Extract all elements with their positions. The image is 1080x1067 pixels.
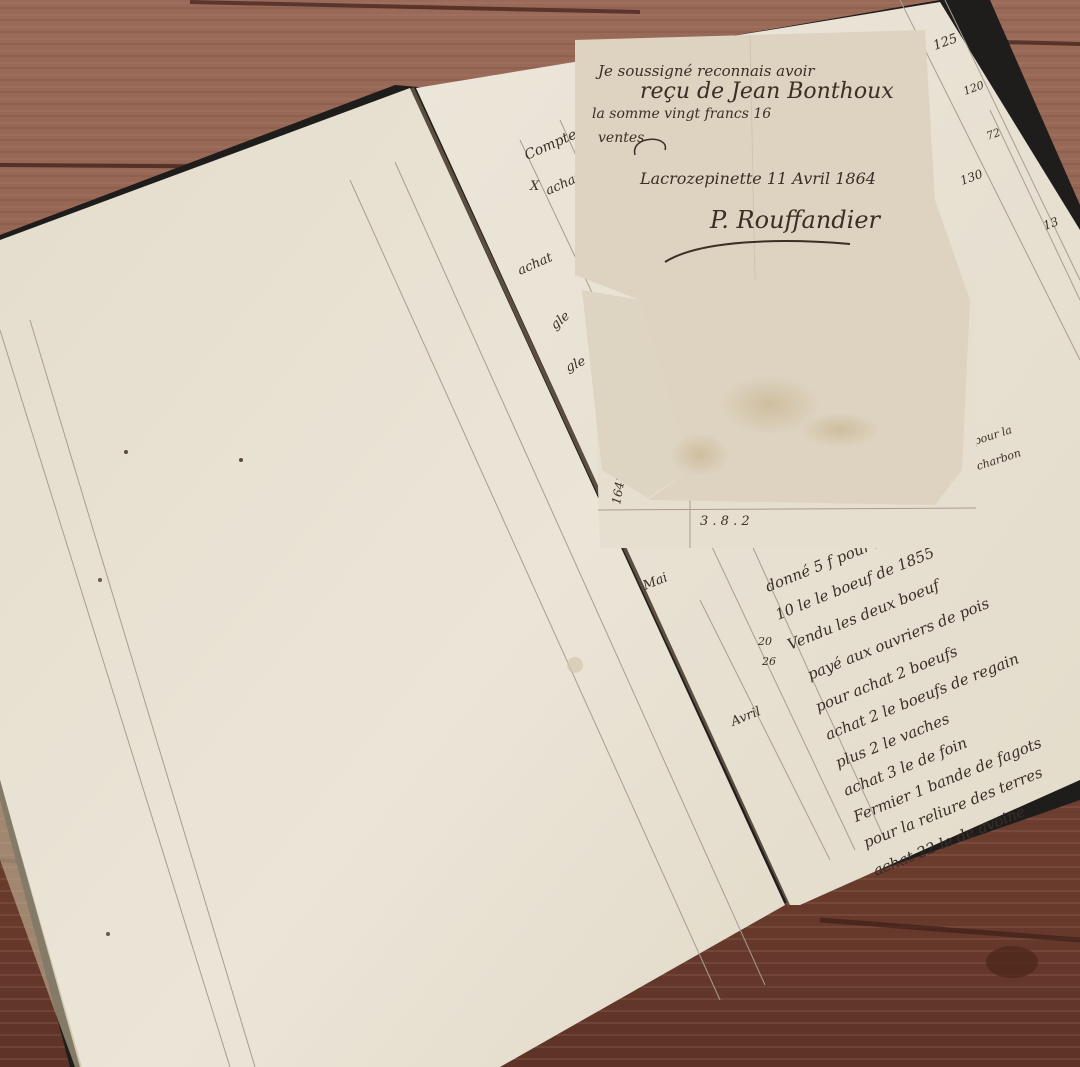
date-mark: 26 bbox=[761, 655, 776, 668]
photo-scene: Compte achat X achat gle gle 125 130 13 … bbox=[0, 0, 1080, 1067]
date-mark: 20 bbox=[757, 635, 772, 648]
receipt-date-line: Lacrozepinette 11 Avril 1864 bbox=[639, 169, 876, 188]
photo-canvas: Compte achat X achat gle gle 125 130 13 … bbox=[0, 0, 1080, 1067]
receipt-signature: P. Rouffandier bbox=[709, 206, 882, 234]
svg-text:3 . 8 . 2: 3 . 8 . 2 bbox=[700, 514, 750, 529]
svg-text:X: X bbox=[529, 179, 540, 194]
receipt-line: Je soussigné reconnais avoir bbox=[595, 62, 815, 80]
receipt-line: reçu de Jean Bonthoux bbox=[640, 79, 894, 104]
receipt-line: la somme vingt francs 16 bbox=[592, 106, 771, 122]
